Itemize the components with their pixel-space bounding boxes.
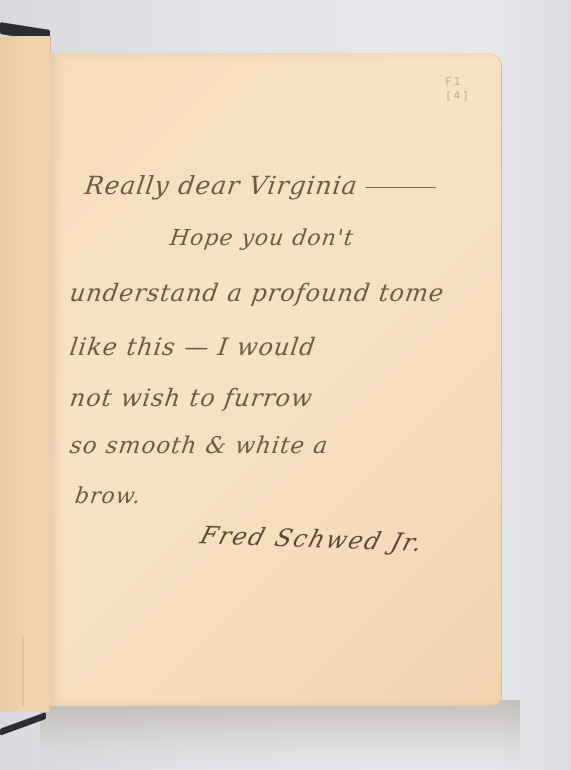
inscribed-page: F1 [4] Really dear Virginia Hope you don…: [50, 53, 501, 706]
inscription-line-2: Hope you don't: [168, 226, 355, 251]
inscription-line-5: not wish to furrow: [68, 384, 315, 412]
pencil-annotation-line-1: F1: [445, 75, 475, 89]
inscription-line-1: Really dear Virginia: [83, 171, 438, 200]
signature: Fred Schwed Jr.: [197, 521, 427, 557]
pencil-annotation-line-2: [4]: [445, 89, 475, 103]
inscription-line-3: understand a profound tome: [68, 279, 446, 307]
flourish-dash: [365, 187, 435, 189]
inscription-line-4: like this — I would: [68, 333, 318, 361]
pencil-annotation: F1 [4]: [445, 75, 475, 111]
inscription-line-7: brow.: [73, 484, 143, 509]
left-endpaper: [0, 36, 51, 712]
book-shadow: [40, 700, 520, 770]
gutter-crease: [22, 636, 24, 706]
photo-scene: F1 [4] Really dear Virginia Hope you don…: [0, 0, 571, 770]
inscription-line-6: so smooth & white a: [68, 433, 330, 459]
